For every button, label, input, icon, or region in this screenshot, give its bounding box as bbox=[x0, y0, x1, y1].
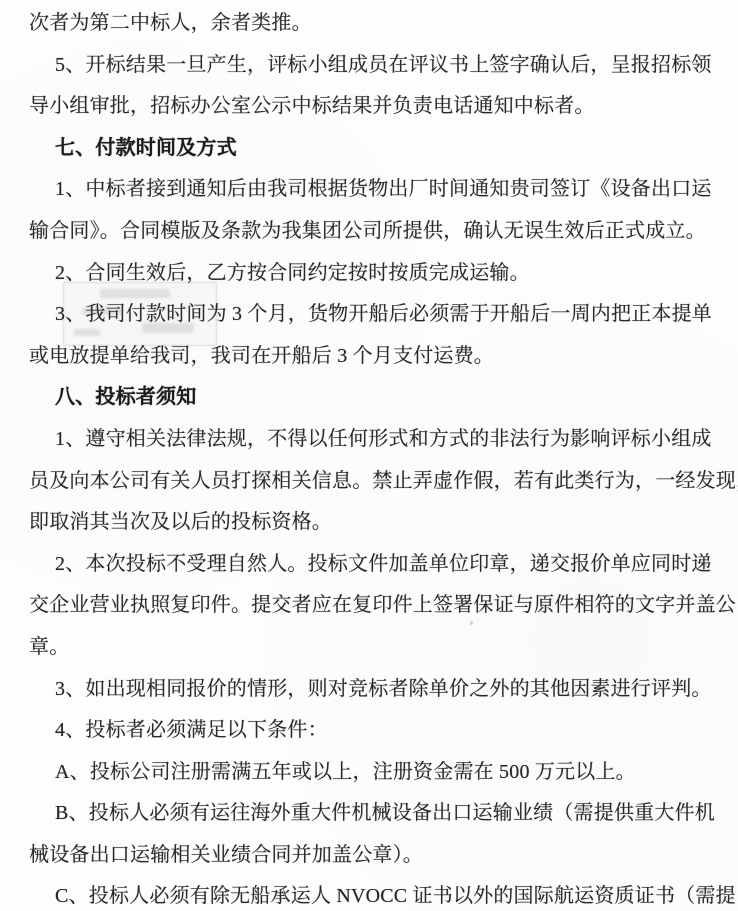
text-line: 或电放提单给我司，我司在开船后 3 个月支付运费。 bbox=[29, 336, 712, 378]
text-line: 3、我司付款时间为 3 个月，货物开船后必须需于开船后一周内把正本提单 bbox=[29, 294, 712, 336]
scan-speck bbox=[470, 621, 473, 625]
text-line: 交企业营业执照复印件。提交者应在复印件上签署保证与原件相符的文字并盖公 bbox=[29, 585, 712, 627]
text-line: 2、合同生效后，乙方按合同约定按时按质完成运输。 bbox=[29, 253, 712, 295]
text-line: 导小组审批，招标办公室公示中标结果并负责电话通知中标者。 bbox=[29, 86, 712, 128]
text-line: B、投标人必须有运往海外重大件机械设备出口运输业绩（需提供重大件机 bbox=[29, 793, 712, 835]
text-line: 员及向本公司有关人员打探相关信息。禁止弄虚作假，若有此类行为，一经发现， bbox=[29, 461, 712, 503]
text-line: 2、本次投标不受理自然人。投标文件加盖单位印章，递交报价单应同时递 bbox=[29, 544, 712, 586]
text-line: 即取消其当次及以后的投标资格。 bbox=[29, 502, 712, 544]
text-line: A、投标公司注册需满五年或以上，注册资金需在 500 万元以上。 bbox=[29, 752, 712, 794]
scanned-document-page: 次者为第二中标人，余者类推。 5、开标结果一旦产生，评标小组成员在评议书上签字确… bbox=[0, 0, 738, 911]
document-body: 次者为第二中标人，余者类推。 5、开标结果一旦产生，评标小组成员在评议书上签字确… bbox=[29, 3, 712, 911]
text-line: 1、中标者接到通知后由我司根据货物出厂时间通知贵司签订《设备出口运 bbox=[29, 169, 712, 211]
section-heading: 七、付款时间及方式 bbox=[29, 128, 712, 170]
text-line: 次者为第二中标人，余者类推。 bbox=[29, 3, 712, 45]
text-line: C、投标人必须有除无船承运人 NVOCC 证书以外的国际航运资质证书（需提 bbox=[29, 876, 712, 911]
text-line: 1、遵守相关法律法规，不得以任何形式和方式的非法行为影响评标小组成 bbox=[29, 419, 712, 461]
text-line: 章。 bbox=[29, 627, 712, 669]
text-line: 械设备出口运输相关业绩合同并加盖公章）。 bbox=[29, 835, 712, 877]
text-line: 输合同》。合同模版及条款为我集团公司所提供，确认无误生效后正式成立。 bbox=[29, 211, 712, 253]
text-line: 4、投标者必须满足以下条件： bbox=[29, 710, 712, 752]
text-line: 5、开标结果一旦产生，评标小组成员在评议书上签字确认后，呈报招标领 bbox=[29, 45, 712, 87]
text-line: 3、如出现相同报价的情形，则对竞标者除单价之外的其他因素进行评判。 bbox=[29, 669, 712, 711]
scan-speck bbox=[704, 563, 707, 566]
section-heading: 八、投标者须知 bbox=[29, 377, 712, 419]
